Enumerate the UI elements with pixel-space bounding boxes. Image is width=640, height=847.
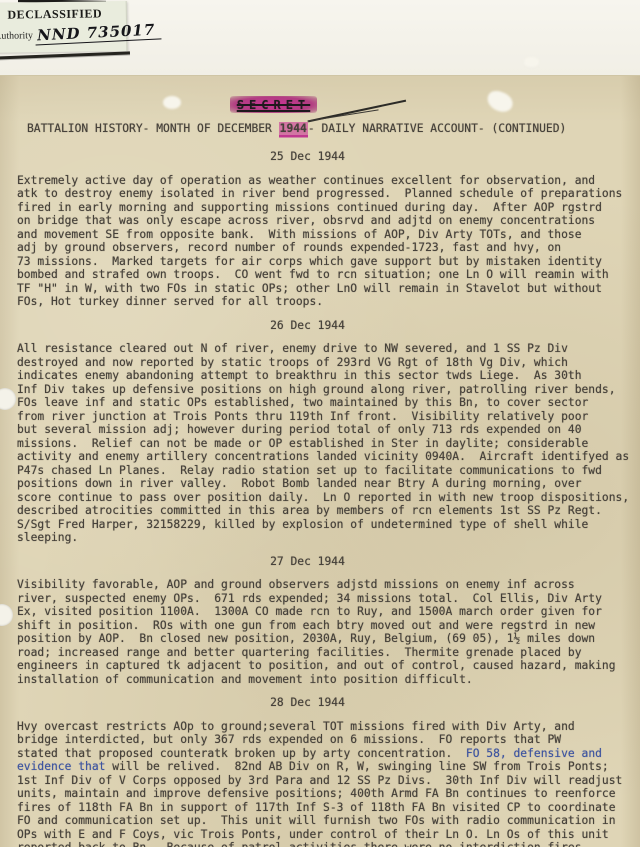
title-year-highlight: 1944 bbox=[279, 122, 308, 135]
scanned-document-page: DECLASSIFIED Authority NND 735017 SECRET… bbox=[0, 0, 640, 847]
entry-date-26-dec: 26 Dec 1944 bbox=[3, 319, 612, 333]
entry-date-28-dec: 28 Dec 1944 bbox=[3, 696, 612, 710]
scanner-background: DECLASSIFIED Authority NND 735017 bbox=[0, 0, 640, 75]
entry-date-25-dec: 25 Dec 1944 bbox=[3, 150, 612, 164]
entry-text-25-dec: Extremely active day of operation as wea… bbox=[17, 174, 626, 309]
stamp-bottom-edge bbox=[0, 51, 130, 59]
entry-text-27-dec: Visibility favorable, AOP and ground obs… bbox=[17, 578, 626, 686]
document-paper: SECRET BATTALION HISTORY- MONTH OF DECEM… bbox=[0, 75, 640, 847]
pencil-strike-mark bbox=[307, 109, 378, 122]
declassified-stamp-authority: Authority NND 735017 bbox=[0, 23, 126, 44]
classification-redacted-secret: SECRET bbox=[230, 96, 317, 113]
entry-text-28-dec: Hvy overcast restricts AOp to ground;sev… bbox=[17, 720, 626, 847]
paper-stain bbox=[524, 57, 539, 67]
title-text-right: - DAILY NARRATIVE ACCOUNT- (CONTINUED) bbox=[308, 122, 566, 135]
entry-text-28-dec-black-2: will be relived. 82nd AB Div on R, W, sw… bbox=[17, 760, 622, 847]
title-text-left: BATTALION HISTORY- MONTH OF DECEMBER bbox=[27, 122, 279, 135]
entry-date-27-dec: 27 Dec 1944 bbox=[3, 555, 612, 569]
authority-label: Authority bbox=[0, 30, 33, 42]
document-title: BATTALION HISTORY- MONTH OF DECEMBER 194… bbox=[27, 122, 626, 136]
classification-row: SECRET bbox=[17, 96, 626, 120]
entry-text-26-dec: All resistance cleared out N of river, e… bbox=[17, 342, 626, 545]
authority-handwritten-number: NND 735017 bbox=[35, 20, 162, 45]
paper-stain bbox=[163, 96, 181, 109]
declassified-stamp: DECLASSIFIED Authority NND 735017 bbox=[0, 1, 127, 53]
declassified-stamp-title: DECLASSIFIED bbox=[0, 6, 126, 23]
